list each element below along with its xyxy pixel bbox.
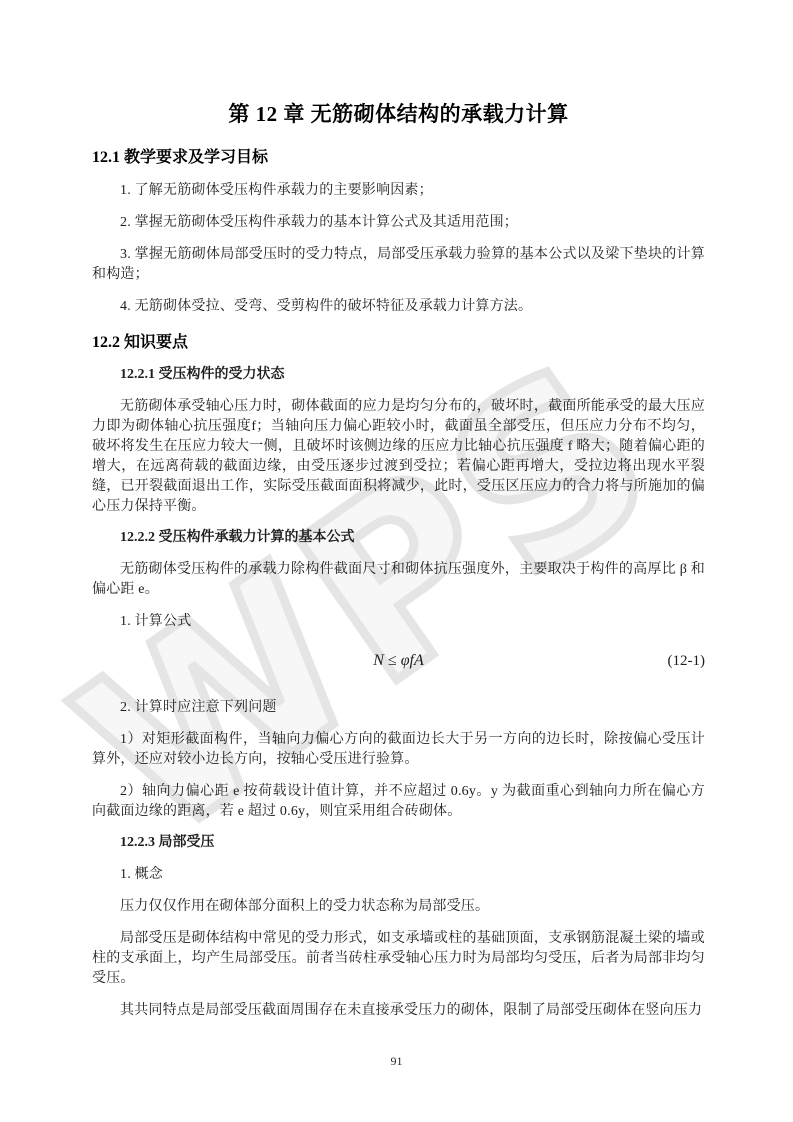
subsection-heading-12-2-2: 12.2.2 受压构件承载力计算的基本公式 — [92, 528, 705, 548]
section-heading-12-1: 12.1 教学要求及学习目标 — [92, 147, 705, 169]
paragraph-bearing-capacity: 无筋砌体受压构件的承载力除构件截面尺寸和砌体抗压强度外，主要取决于构件的高厚比 … — [92, 560, 705, 600]
page-content: 第 12 章 无筋砌体结构的承载力计算 12.1 教学要求及学习目标 1. 了解… — [92, 100, 705, 1021]
learning-objective-3: 3. 掌握无筋砌体局部受压时的受力特点，局部受压承载力验算的基本公式以及梁下垫块… — [92, 245, 705, 285]
note-1-rectangular-section: 1）对矩形截面构件，当轴向力偏心方向的截面边长大于另一方向的边长时，除按偏心受压… — [92, 730, 705, 770]
page-number: 91 — [391, 1054, 403, 1068]
list-item-concept: 1. 概念 — [92, 865, 705, 885]
subsection-heading-12-2-3: 12.2.3 局部受压 — [92, 833, 705, 853]
paragraph-local-compression-feature: 其共同特点是局部受压截面周围存在未直接承受压力的砌体，限制了局部受压砌体在竖向压… — [92, 1001, 705, 1021]
formula-row: N ≤ φfA (12-1) — [92, 650, 705, 672]
learning-objective-4: 4. 无筋砌体受拉、受弯、受剪构件的破坏特征及承载力计算方法。 — [92, 297, 705, 317]
note-2-eccentricity: 2）轴向力偏心距 e 按荷载设计值计算，并不应超过 0.6y。y 为截面重心到轴… — [92, 782, 705, 822]
document-page: WPS 第 12 章 无筋砌体结构的承载力计算 12.1 教学要求及学习目标 1… — [0, 0, 793, 1122]
paragraph-stress-state: 无筋砌体承受轴心压力时，砌体截面的应力是均匀分布的，破坏时，截面所能承受的最大压… — [92, 397, 705, 517]
equation-number: (12-1) — [668, 650, 706, 672]
section-heading-12-2: 12.2 知识要点 — [92, 332, 705, 354]
formula-expression: N ≤ φfA — [92, 650, 705, 672]
learning-objective-2: 2. 掌握无筋砌体受压构件承载力的基本计算公式及其适用范围； — [92, 213, 705, 233]
subsection-heading-12-2-1: 12.2.1 受压构件的受力状态 — [92, 365, 705, 385]
paragraph-local-compression-examples: 局部受压是砌体结构中常见的受力形式，如支承墙或柱的基础顶面，支承钢筋混凝土梁的墙… — [92, 929, 705, 989]
learning-objective-1: 1. 了解无筋砌体受压构件承载力的主要影响因素； — [92, 181, 705, 201]
list-item-calc-formula: 1. 计算公式 — [92, 612, 705, 632]
chapter-title: 第 12 章 无筋砌体结构的承载力计算 — [92, 100, 705, 128]
page-footer: 91 — [0, 1052, 793, 1070]
list-item-calc-notes: 2. 计算时应注意下列问题 — [92, 698, 705, 718]
paragraph-local-compression-definition: 压力仅仅作用在砌体部分面积上的受力状态称为局部受压。 — [92, 897, 705, 917]
